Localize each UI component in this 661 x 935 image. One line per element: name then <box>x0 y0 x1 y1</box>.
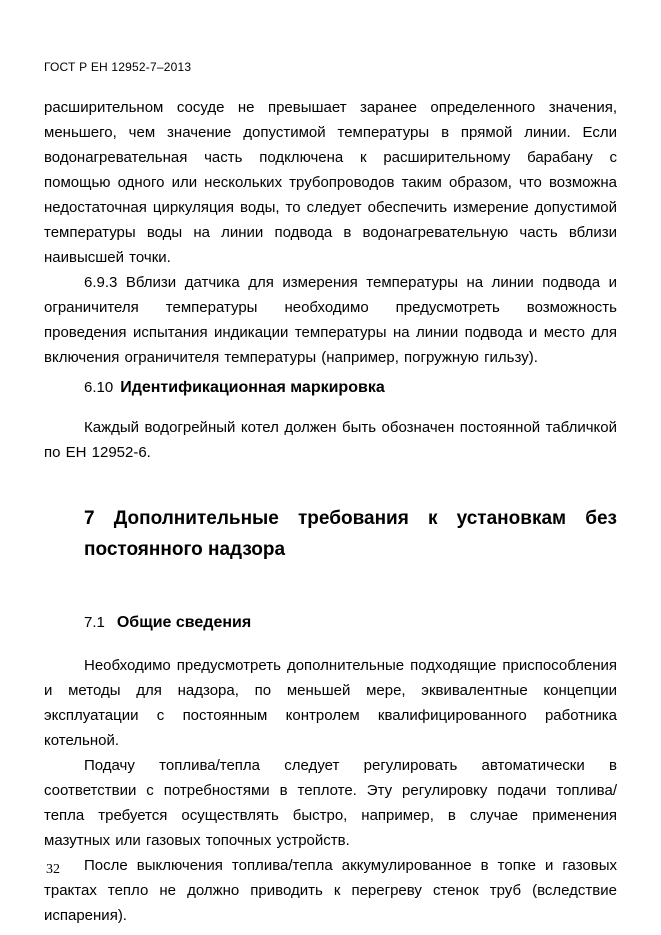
running-header: ГОСТ Р ЕН 12952-7–2013 <box>44 60 617 74</box>
paragraph-6-10: Каждый водогрейный котел должен быть обо… <box>44 415 617 465</box>
heading-6-10-title: Идентификационная маркировка <box>120 379 385 396</box>
paragraph-7-1-a: Необходимо предусмотреть дополнительные … <box>44 653 617 753</box>
heading-chapter-7: 7 Дополнительные требования к установкам… <box>84 503 617 565</box>
paragraph-7-1-b: Подачу топлива/тепла следует регулироват… <box>44 753 617 853</box>
heading-7-1-number: 7.1 <box>84 614 105 631</box>
heading-7-1: 7.1Общие сведения <box>84 613 617 633</box>
document-page: ГОСТ Р ЕН 12952-7–2013 расширительном со… <box>0 0 661 935</box>
paragraph-6-9-3: 6.9.3 Вблизи датчика для измерения темпе… <box>44 270 617 370</box>
heading-7-1-title: Общие сведения <box>117 614 251 631</box>
page-number: 32 <box>46 862 60 878</box>
paragraph-7-1-c: После выключения топлива/тепла аккумулир… <box>44 853 617 928</box>
heading-6-10-number: 6.10 <box>84 379 113 396</box>
heading-6-10: 6.10Идентификационная маркировка <box>84 378 617 398</box>
paragraph-continuation: расширительном сосуде не превышает заран… <box>44 95 617 270</box>
